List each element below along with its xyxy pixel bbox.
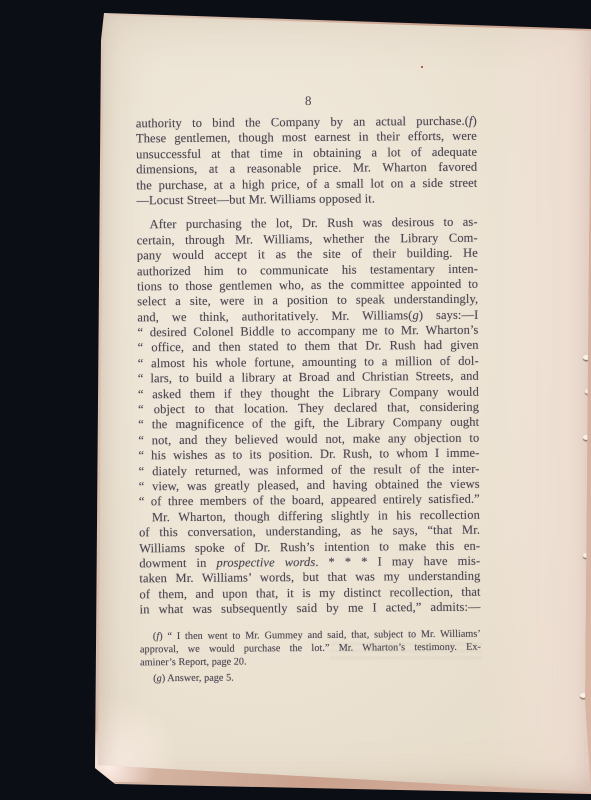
- text-line: the purchase, at a high price, of a smal…: [136, 175, 477, 193]
- paper-speck: [421, 66, 423, 68]
- page-text: authority to bind the Company by an actu…: [136, 114, 481, 686]
- footnote: (g) Answer, page 5.: [140, 669, 481, 685]
- book-page: 8 authority to bind the Company by an ac…: [98, 13, 591, 797]
- paragraph: After purchasing the lot, Dr. Rush was d…: [137, 215, 480, 510]
- text-line: —Locust Street—but Mr. Williams opposed …: [136, 191, 477, 209]
- photo-background: 8 authority to bind the Company by an ac…: [0, 0, 591, 800]
- text-line: (g) Answer, page 5.: [140, 669, 481, 685]
- page-number: 8: [138, 92, 479, 110]
- verso-show-through: [330, 643, 482, 660]
- paragraph: authority to bind the Company by an actu…: [136, 114, 478, 209]
- text-line: in what was subsequently said by me I ac…: [140, 600, 481, 618]
- paragraph: Mr. Wharton, though differing slightly i…: [139, 507, 481, 617]
